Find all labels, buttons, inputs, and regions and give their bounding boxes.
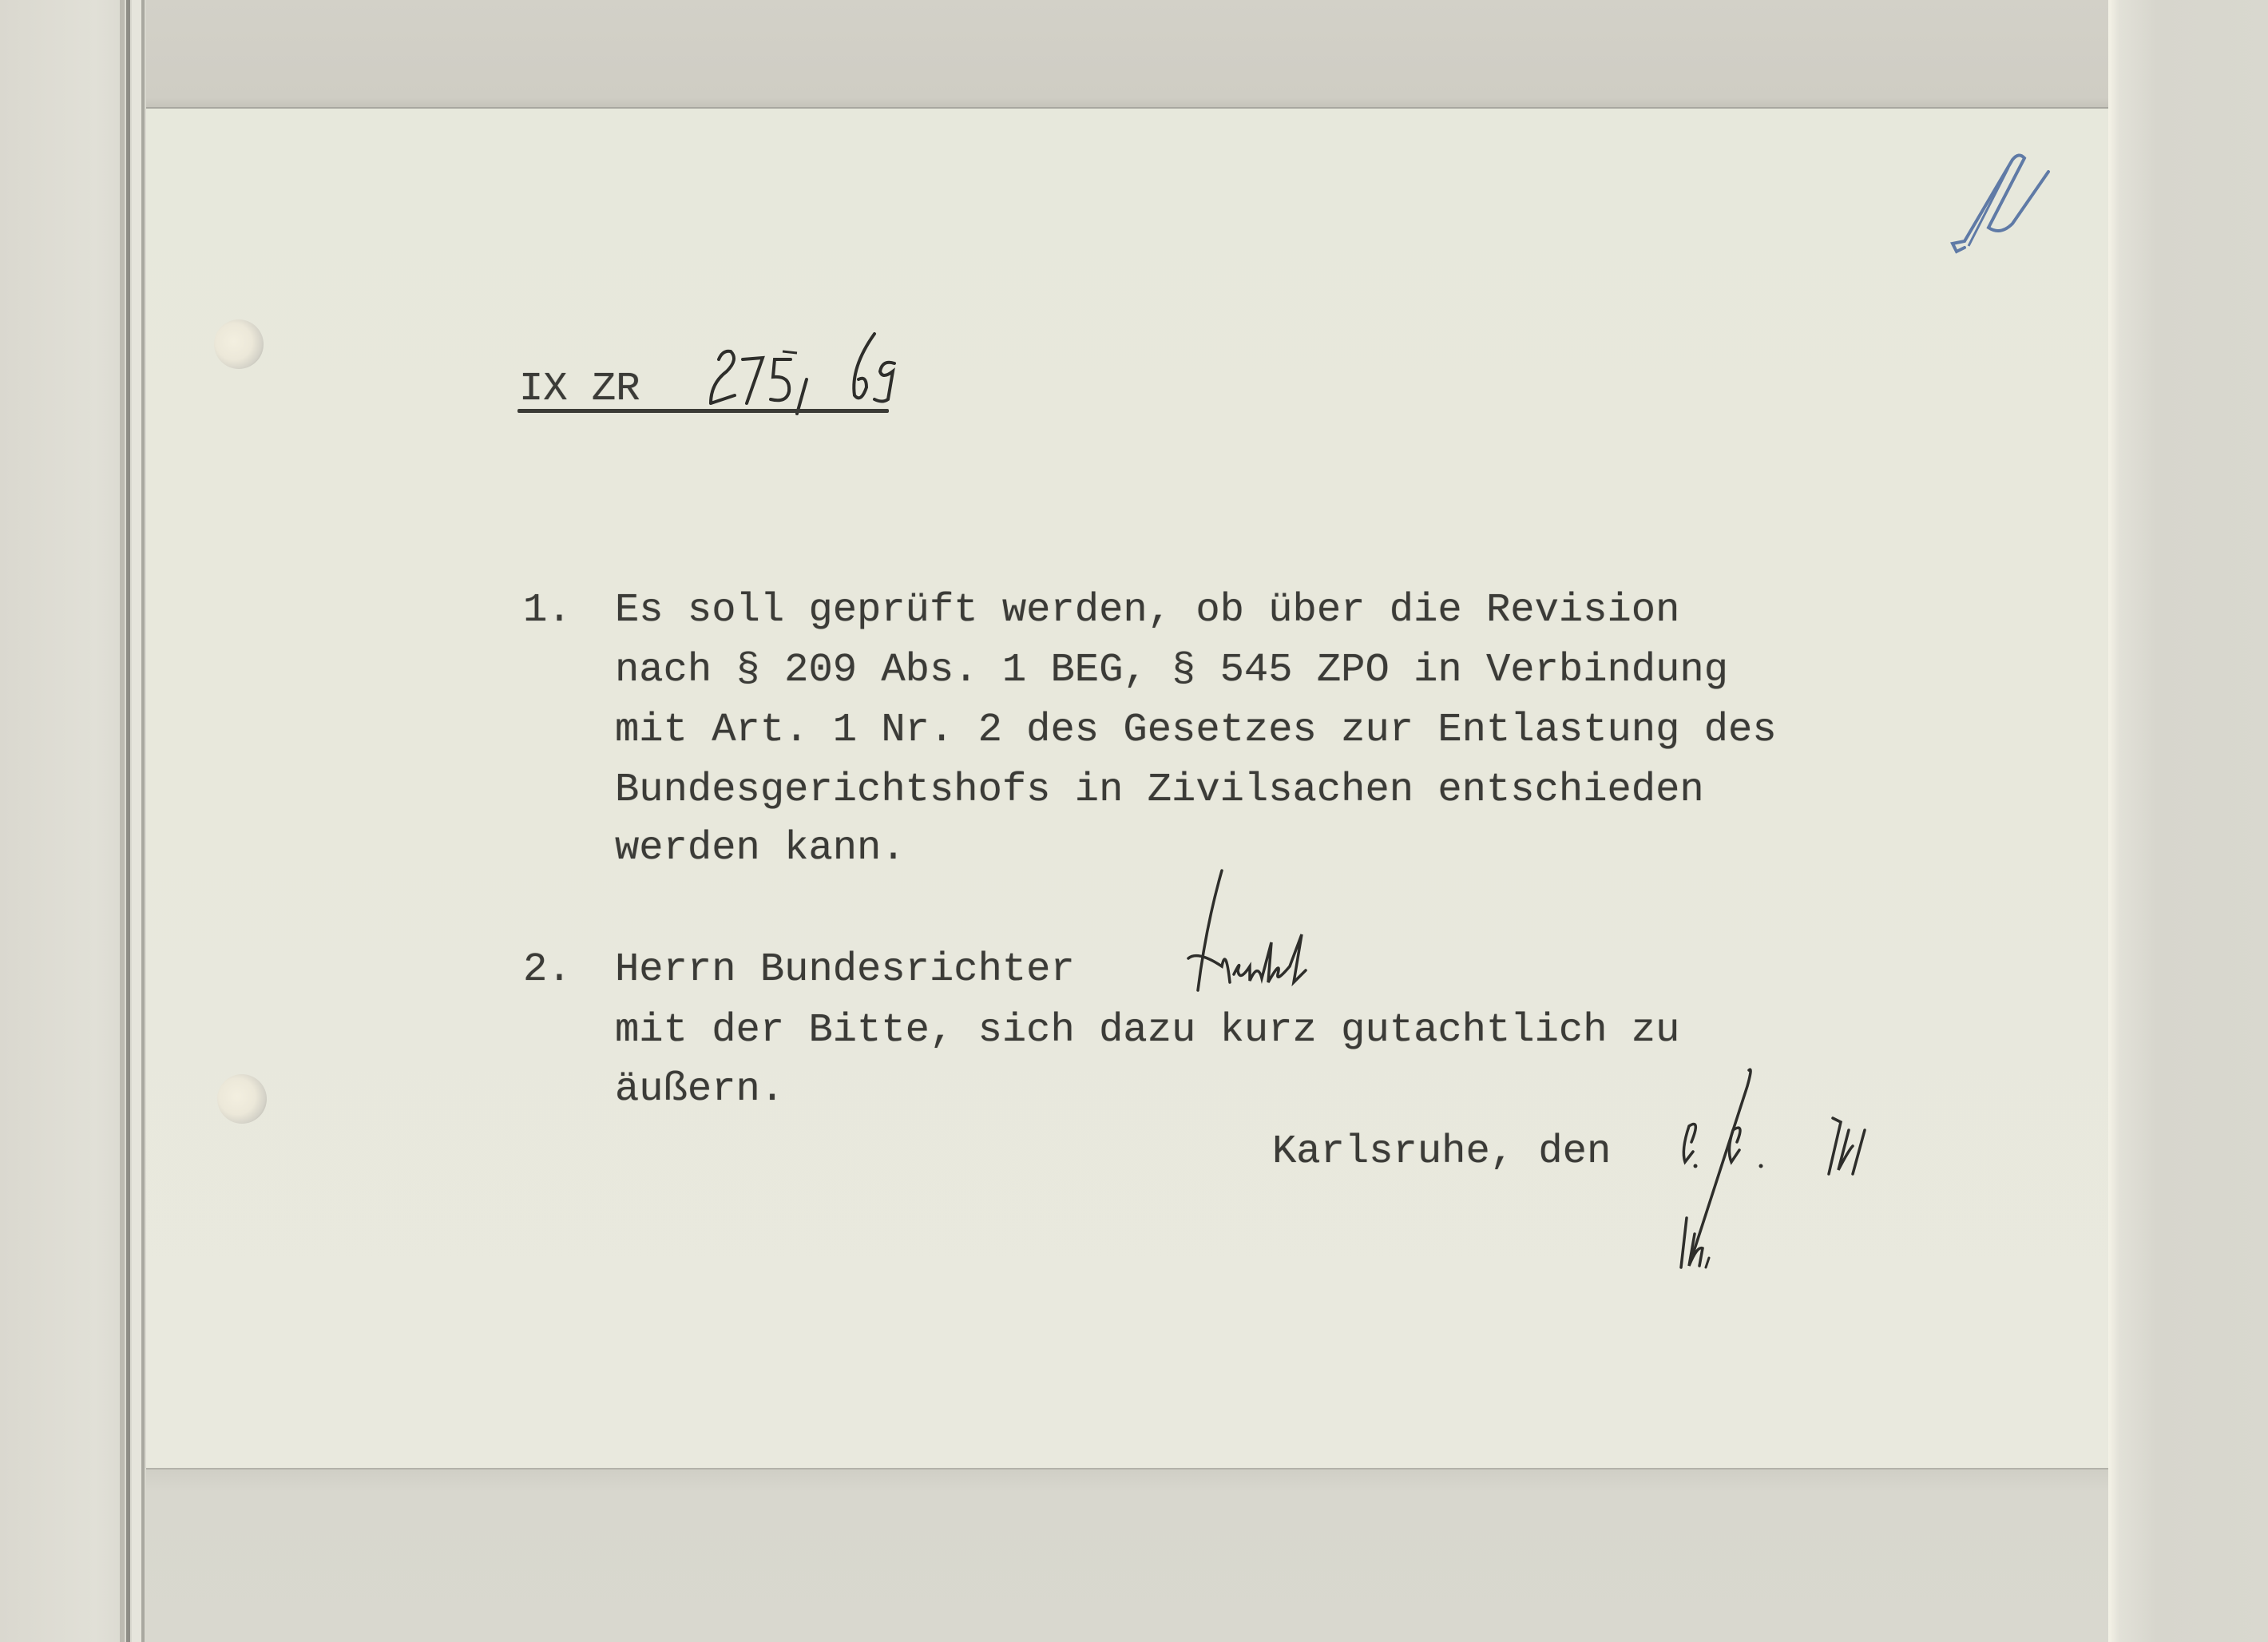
binder-edge bbox=[120, 0, 125, 1642]
item-number: 1. bbox=[523, 591, 572, 632]
punch-hole-icon bbox=[214, 319, 264, 369]
judge-name-handwritten: Henkel bbox=[1182, 863, 1374, 998]
background-sheet-bottom bbox=[146, 1468, 2268, 1642]
binder-edge bbox=[141, 0, 145, 1642]
background-sheet-right bbox=[2108, 0, 2268, 1642]
item-number: 2. bbox=[523, 950, 572, 991]
case-reference-underline bbox=[517, 409, 889, 413]
binder-edge bbox=[132, 0, 141, 1642]
case-reference-prefix: IX ZR bbox=[519, 370, 640, 410]
page-number-handwritten: 22 bbox=[1933, 136, 2052, 256]
item-line: Bundesgerichtshofs in Zivilsachen entsch… bbox=[615, 771, 1704, 811]
item-line: mit Art. 1 Nr. 2 des Gesetzes zur Entlas… bbox=[615, 711, 1777, 752]
punch-hole-icon bbox=[217, 1074, 267, 1124]
item-line: Es soll geprüft werden, ob über die Revi… bbox=[615, 591, 1679, 632]
place-date-label: Karlsruhe, den bbox=[1272, 1132, 1611, 1173]
item-line: nach § 209 Abs. 1 BEG, § 545 ZPO in Verb… bbox=[615, 651, 1728, 692]
item-line: werden kann. bbox=[615, 829, 906, 870]
item-line: Herrn Bundesrichter bbox=[615, 950, 1075, 991]
item-line: mit der Bitte, sich dazu kurz gutachtlic… bbox=[615, 1011, 1679, 1052]
initial-handwritten: U. bbox=[1677, 1210, 1757, 1274]
background-sheet-top bbox=[146, 0, 2111, 109]
item-line: äußern. bbox=[615, 1070, 784, 1111]
binder-edge bbox=[126, 0, 130, 1642]
